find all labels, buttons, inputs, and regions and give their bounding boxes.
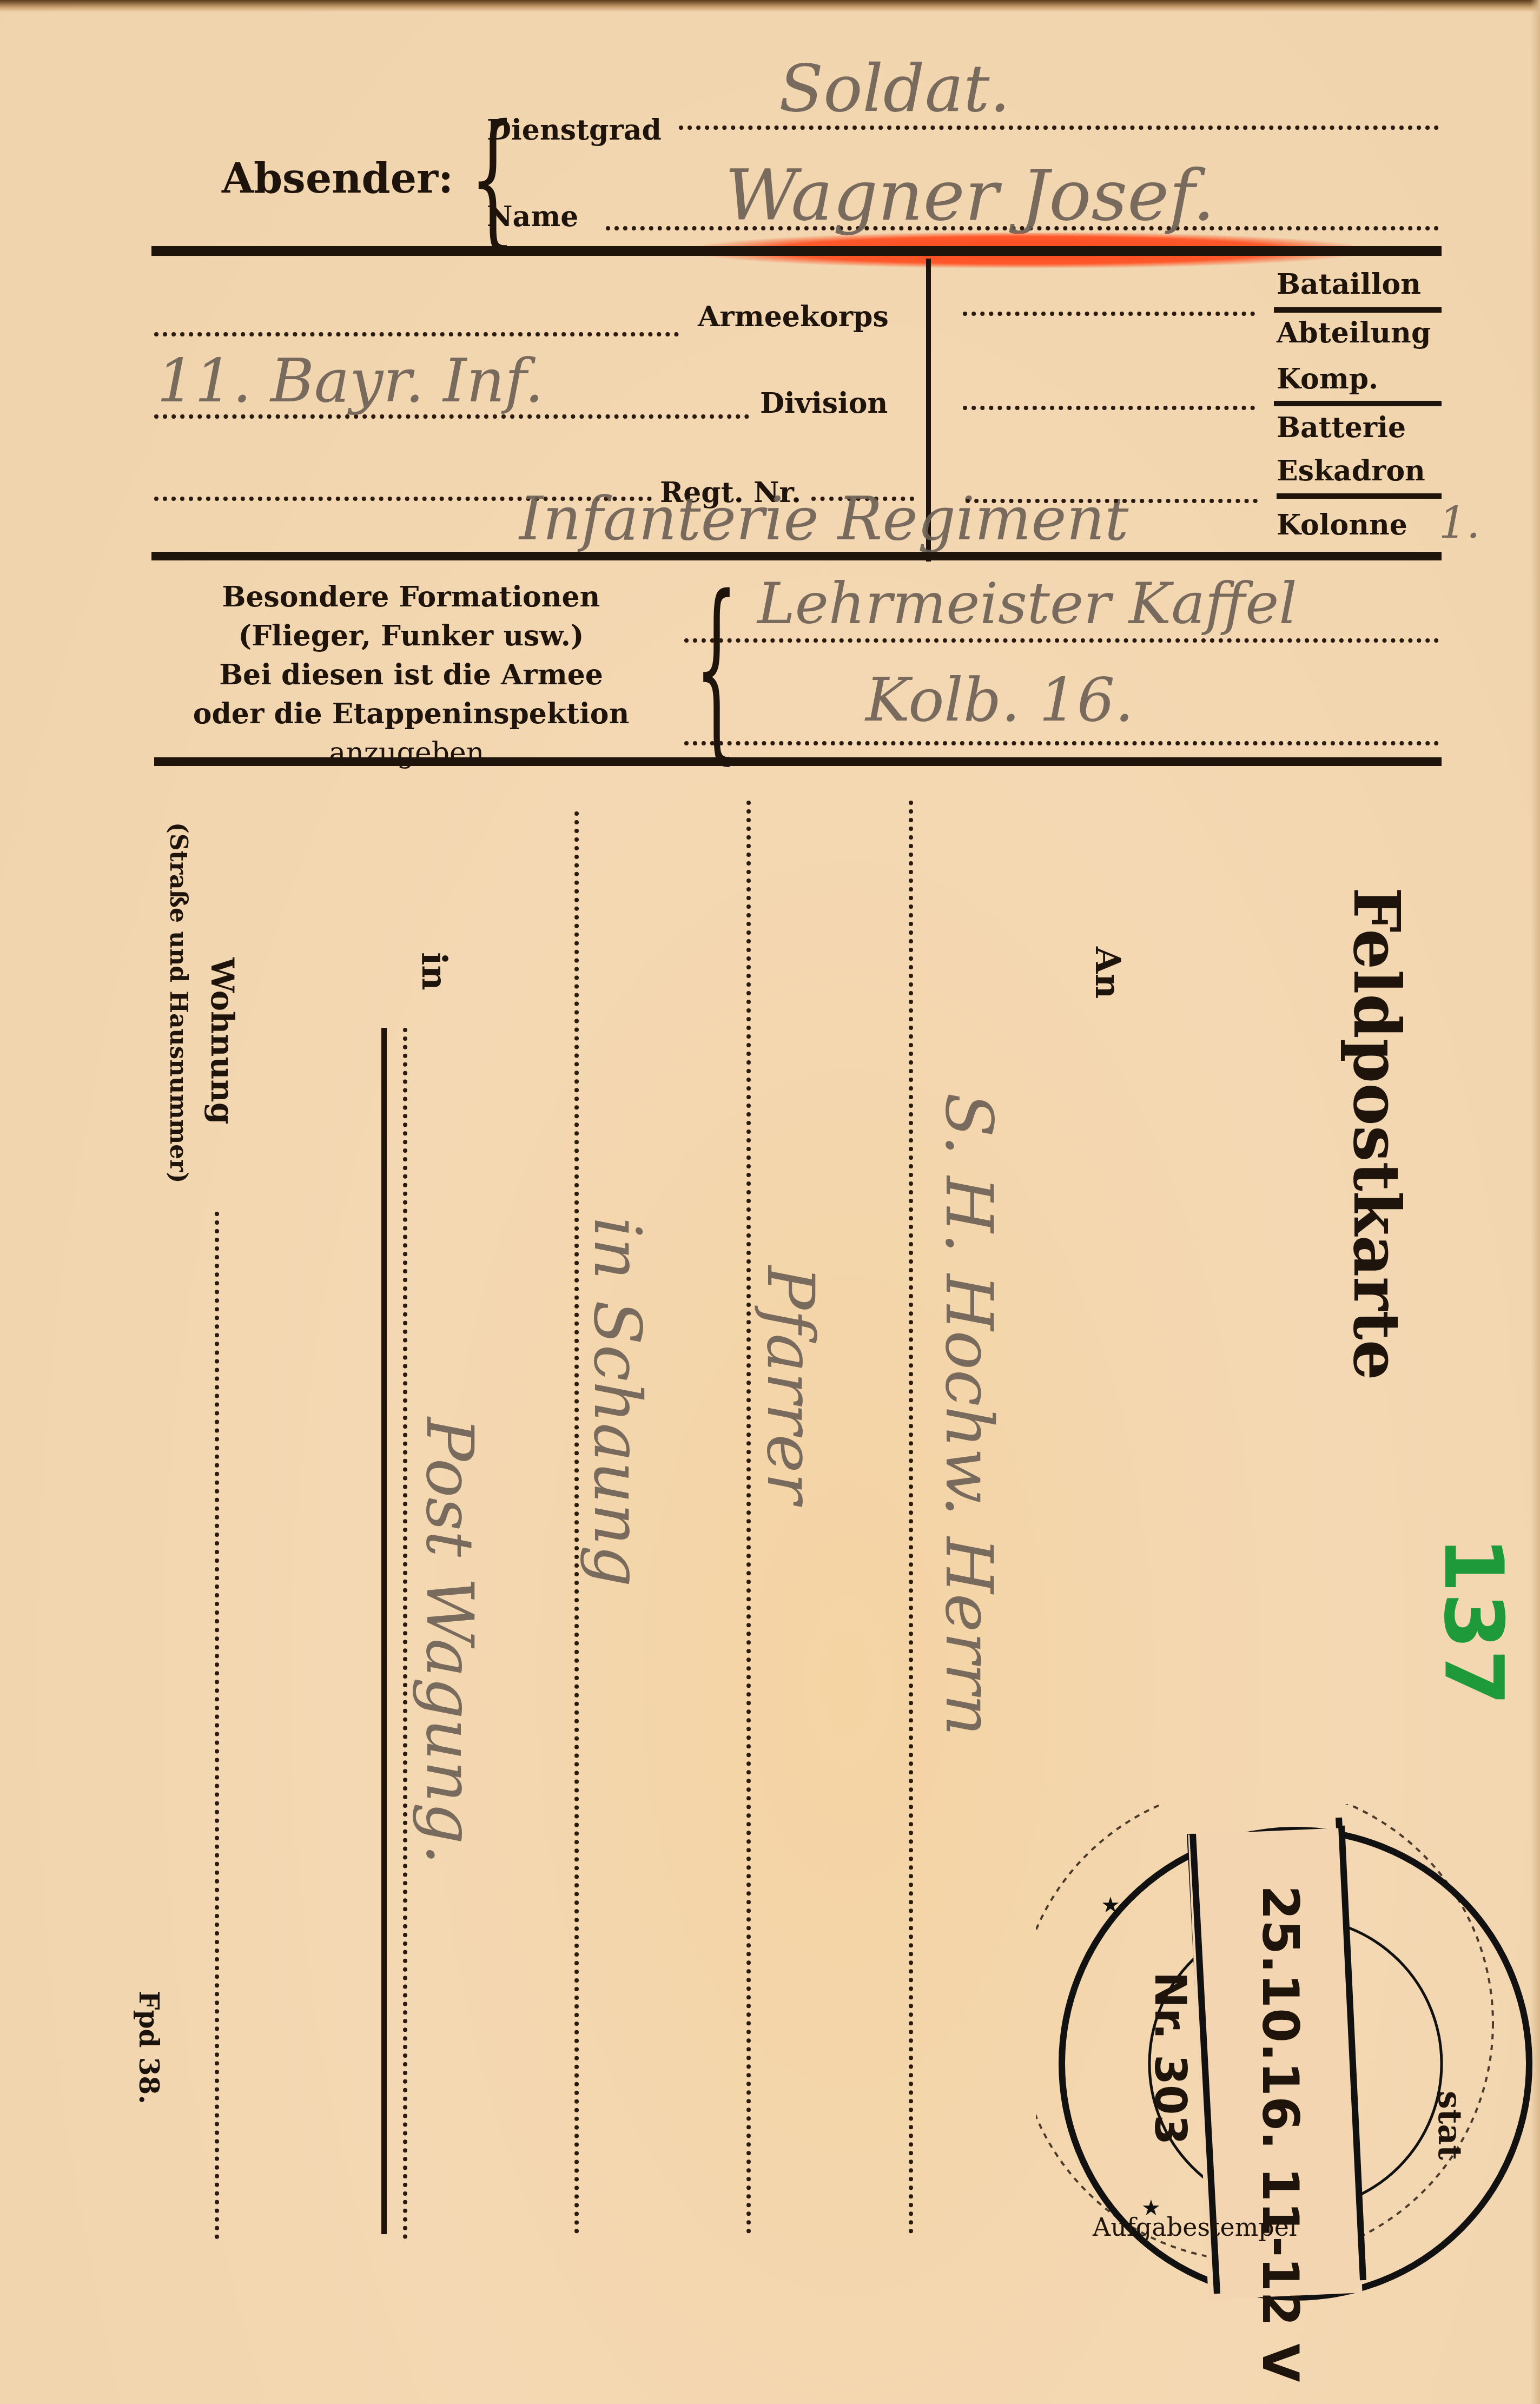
card-title: Feldpostkarte	[1339, 887, 1415, 1381]
eskadron-dotted-line	[966, 499, 1258, 503]
bataillon-label: Bataillon	[1277, 268, 1421, 301]
komp-dotted-line	[963, 406, 1255, 410]
svg-text:★: ★	[1101, 1893, 1120, 1918]
recipient-line-1[interactable]: S. H. Hochw. Herrn	[931, 1093, 1006, 1736]
armeekorps-dotted-line	[154, 332, 679, 336]
formations-bottom-rule	[154, 757, 1442, 766]
postmark-caption: Aufgabestempel	[1093, 2213, 1297, 2242]
recipient-line-2[interactable]: Pfarrer	[752, 1266, 828, 1504]
bataillon-rule	[1274, 307, 1442, 313]
formations-instructions: Besondere Formationen (Flieger, Funker u…	[157, 578, 665, 772]
wohnung-label: Wohnung	[204, 957, 241, 1124]
print-code: Fpd 38.	[133, 1991, 165, 2104]
formations-value-2[interactable]: Kolb. 16.	[865, 665, 1134, 735]
card-edge-top	[0, 0, 1540, 12]
division-label: Division	[760, 387, 888, 420]
eskadron-rule	[1277, 493, 1442, 499]
name-label: Name	[487, 200, 578, 233]
address-solid-line	[381, 1028, 387, 2234]
regiment-value[interactable]: Infanterie Regiment	[519, 484, 1129, 553]
postmark-number: Nr. 303	[1145, 1972, 1195, 2145]
address-dotted-column-2	[746, 801, 751, 2234]
eskadron-label: Eskadron	[1277, 454, 1425, 487]
divider-rule	[151, 246, 1442, 256]
rank-value[interactable]: Soldat.	[779, 51, 1010, 127]
wohnung-hint: (Straße und Hausnummer)	[164, 822, 192, 1183]
postmark-date: 25.10.16. 11-12 V	[1251, 1885, 1309, 2382]
postmark-station: stat	[1431, 2091, 1469, 2160]
formations-line: oder die Etappeninspektion	[157, 695, 665, 734]
formations-dotted-line-2	[684, 741, 1439, 745]
formations-line: Bei diesen ist die Armee	[157, 656, 665, 695]
komp-rule	[1274, 401, 1442, 406]
name-value[interactable]: Wagner Josef.	[725, 154, 1215, 236]
in-label: in	[414, 952, 454, 990]
recipient-line-4[interactable]: Post Wagung.	[412, 1417, 487, 1865]
wohnung-dotted-line	[215, 1212, 219, 2240]
archive-number: 137	[1426, 1536, 1520, 1706]
armeekorps-label: Armeekorps	[698, 300, 889, 333]
bataillon-dotted-line	[963, 312, 1255, 316]
abteilung-label: Abteilung	[1277, 316, 1431, 349]
formations-line: anzugeben.	[157, 734, 665, 772]
formations-value-1[interactable]: Lehrmeister Kaffel	[757, 571, 1297, 637]
formations-line: Besondere Formationen	[157, 578, 665, 617]
komp-label: Komp.	[1277, 362, 1378, 395]
sender-label: Absender:	[222, 154, 453, 202]
recipient-line-3[interactable]: in Schaung	[579, 1217, 655, 1587]
kolonne-label: Kolonne	[1277, 508, 1407, 541]
address-dotted-line-in	[403, 1028, 407, 2240]
formations-dotted-line-1	[684, 638, 1439, 643]
address-dotted-column-3	[574, 811, 579, 2234]
batterie-label: Batterie	[1277, 411, 1406, 444]
address-dotted-column-1	[909, 801, 913, 2234]
division-value[interactable]: 11. Bayr. Inf.	[157, 346, 544, 415]
unit-bottom-rule	[151, 552, 1442, 560]
formations-line: (Flieger, Funker usw.)	[157, 617, 665, 656]
postmark: ★ ★ 25.10.16. 11-12 V Nr. 303 stat Aufga…	[1036, 1804, 1539, 2307]
formations-brace: {	[695, 571, 738, 765]
postcard: Absender: { Dienstgrad Soldat. Name Wagn…	[0, 0, 1540, 2404]
rank-label: Dienstgrad	[487, 114, 662, 147]
to-label: An	[1087, 947, 1128, 999]
kolonne-value[interactable]: 1.	[1439, 498, 1480, 548]
